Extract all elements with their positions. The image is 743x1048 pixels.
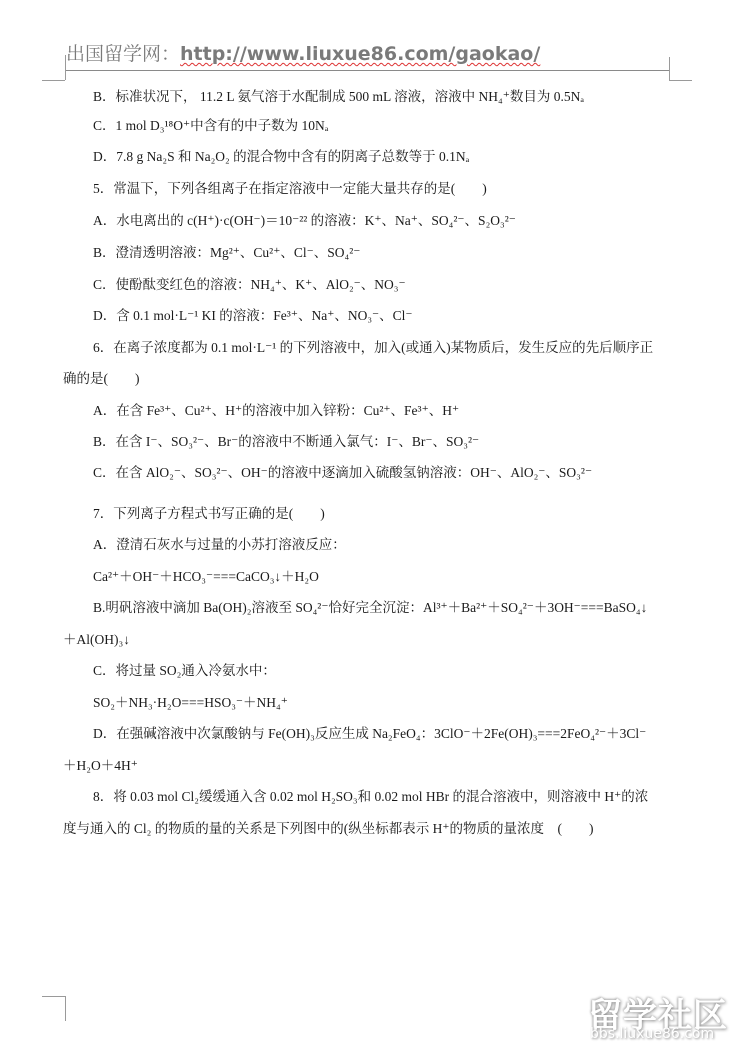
corner-mark-bottom-left-v (65, 996, 66, 1021)
text-line-q4b: B．标准状况下， 11.2 L 氨气溶于水配制成 500 mL 溶液，溶液中 N… (93, 88, 584, 106)
text-line-q7c: C．将过量 SO₂通入冷氨水中： (93, 662, 276, 680)
text-line-q7: 7．下列离子方程式书写正确的是( ) (93, 505, 325, 523)
header-site-name: 出国留学网： (66, 43, 180, 65)
text-line-q5d: D．含 0.1 mol·L⁻¹ KI 的溶液：Fe³⁺、Na⁺、NO₃⁻、Cl⁻ (93, 307, 413, 325)
header-rule (65, 70, 669, 71)
text-line-q7b: B.明矾溶液中滴加 Ba(OH)₂溶液至 SO₄²⁻恰好完全沉淀：Al³⁺＋Ba… (93, 599, 647, 617)
corner-mark-bottom-left-h (42, 996, 65, 997)
text-line-q6cont: 确的是( ) (63, 370, 140, 388)
page-header: 出国留学网：http://www.liuxue86.com/gaokao/ (66, 39, 540, 66)
watermark-url: bbs.liuxue86.com (590, 1026, 714, 1042)
text-line-q6c: C．在含 AlO₂⁻、SO₃²⁻、OH⁻的溶液中逐滴加入硫酸氢钠溶液：OH⁻、A… (93, 464, 592, 482)
text-line-q4d: D．7.8 g Na₂S 和 Na₂O₂ 的混合物中含有的阴离子总数等于 0.1… (93, 148, 469, 166)
text-line-q8: 8．将 0.03 mol Cl₂缓缓通入含 0.02 mol H₂SO₃和 0.… (93, 788, 648, 806)
text-line-q5a: A．水电离出的 c(H⁺)·c(OH⁻)＝10⁻²² 的溶液：K⁺、Na⁺、SO… (93, 212, 516, 230)
header-url-link[interactable]: http://www.liuxue86.com/gaokao/ (180, 43, 540, 65)
watermark-logo: 留学社区 bbs.liuxue86.com (588, 988, 738, 1044)
text-line-q5: 5．常温下，下列各组离子在指定溶液中一定能大量共存的是( ) (93, 180, 487, 198)
corner-mark-top-left-v (65, 55, 66, 80)
text-line-q6a: A．在含 Fe³⁺、Cu²⁺、H⁺的溶液中加入锌粉：Cu²⁺、Fe³⁺、H⁺ (93, 402, 459, 420)
text-line-q5b: B．澄清透明溶液：Mg²⁺、Cu²⁺、Cl⁻、SO₄²⁻ (93, 244, 360, 262)
corner-mark-top-right-h (669, 80, 692, 81)
text-line-q7d: D．在强碱溶液中次氯酸钠与 Fe(OH)₃反应生成 Na₂FeO₄：3ClO⁻＋… (93, 725, 646, 743)
text-line-q5c: C．使酚酞变红色的溶液：NH₄⁺、K⁺、AlO₂⁻、NO₃⁻ (93, 276, 406, 294)
text-line-q7d_cont: ＋H₂O＋4H⁺ (63, 757, 138, 775)
text-line-q7a_eq: Ca²⁺＋OH⁻＋HCO₃⁻===CaCO₃↓＋H₂O (93, 568, 319, 586)
text-line-q6b: B．在含 I⁻、SO₃²⁻、Br⁻的溶液中不断通入氯气：I⁻、Br⁻、SO₃²⁻ (93, 433, 479, 451)
text-line-q4c: C．1 mol D₃¹⁸O⁺中含有的中子数为 10Nₐ (93, 117, 328, 135)
corner-mark-top-right-v (669, 57, 670, 80)
corner-mark-top-left-h (42, 80, 65, 81)
text-line-q6: 6．在离子浓度都为 0.1 mol·L⁻¹ 的下列溶液中，加入(或通入)某物质后… (93, 339, 653, 357)
text-line-q8cont: 度与通入的 Cl₂ 的物质的量的关系是下列图中的(纵坐标都表示 H⁺的物质的量浓… (63, 820, 593, 838)
text-line-q7c_eq: SO₂＋NH₃·H₂O===HSO₃⁻＋NH₄⁺ (93, 694, 288, 712)
text-line-q7b_cont: ＋Al(OH)₃↓ (63, 631, 130, 649)
text-line-q7a: A．澄清石灰水与过量的小苏打溶液反应： (93, 536, 346, 554)
document-page: 出国留学网：http://www.liuxue86.com/gaokao/ B．… (0, 0, 743, 1048)
